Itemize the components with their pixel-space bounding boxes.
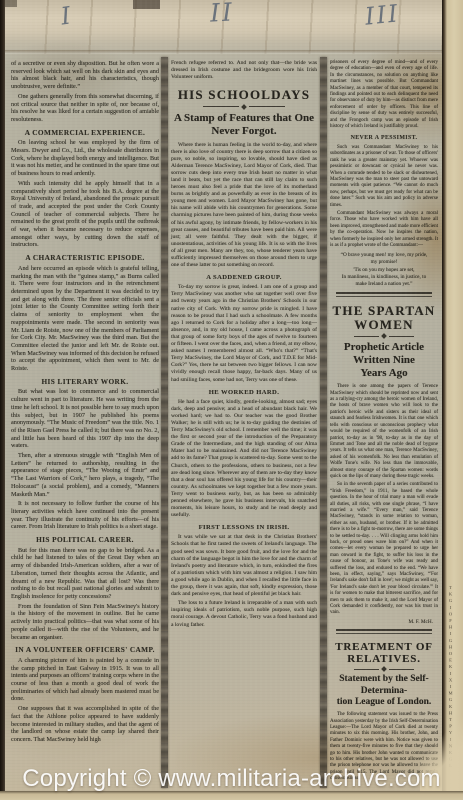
tape-gap [5,0,17,7]
article-subhead: Prophetic Article Written NineYears Ago [330,341,438,380]
photo-of-newspaper-clipping: I II III of a secretive or even shy disp… [0,0,463,800]
column-rule [161,57,168,788]
double-rule [336,292,432,297]
pencil-numeral-three: III [364,0,401,31]
news-paragraph: He had a face quiet, kindly, gentle-look… [171,399,317,520]
news-paragraph: On leaving school he was employed by the… [11,139,159,178]
news-paragraph: It was while we sat at that desk in the … [171,534,317,598]
divider-ornament [203,105,285,109]
article-headline: TREATMENT OF RELATIVES. [330,641,438,665]
news-paragraph: With such intensity did he apply himself… [11,180,159,249]
news-paragraph: To-day my sorrow is great, indeed. I am … [171,284,317,383]
section-heading: IN A VOLUNTEER OFFICERS' CAMP. [11,646,159,654]
news-paragraph: But for this man there was no gap to be … [11,547,159,601]
news-paragraph: The loss to a future Ireland is irrepara… [171,600,317,628]
section-heading: A SADDENED GROUP. [171,274,317,281]
article-headline: THE SPARTAN WOMEN [330,304,438,333]
divider-ornament [354,334,414,338]
article-headline: HIS SCHOOLDAYS [171,88,317,102]
news-paragraph: A charming picture of him is painted by … [11,657,159,703]
section-heading: NEVER A PESSIMIST. [330,135,438,141]
news-paragraph: So in the seventh paper of a series cont… [330,482,438,617]
news-paragraph: One gathers generally from this somewhat… [11,93,159,124]
section-heading: HIS POLITICAL CAREER. [11,536,159,544]
news-paragraph: Commandant MacSwiney was always a moral … [330,211,438,249]
divider-ornament [354,667,414,671]
section-heading: FIRST LESSONS IN IRISH. [171,524,317,531]
news-paragraph: Where there is human feeling in the worl… [171,142,317,270]
section-heading: A COMMERCIAL EXPERIENCE. [11,129,159,137]
news-paragraph: From the foundation of Sinn Fein MacSwin… [11,603,159,642]
news-paragraph: And here occurred an episode which is gr… [11,265,159,373]
news-paragraph: Then, after a strenuous struggle with “E… [11,452,159,498]
section-heading: HE WORKED HARD. [171,389,317,396]
column-rule [320,57,327,788]
copyright-watermark: Copyright © www.militaria-archive.com [0,765,463,793]
newspaper-clipping: I II III of a secretive or even shy disp… [5,0,442,791]
news-column-right: prisoners of every degree of mind—and of… [327,57,440,788]
section-heading: HIS LITERARY WORK. [11,378,159,386]
news-paragraph: One supposes that it was accomplished in… [11,705,159,744]
author-signature: M. F. McH. [330,619,438,625]
news-paragraph: There is one among the papers of Terence… [330,384,438,480]
news-column-middle: French refugee referred to. And not only… [168,57,320,788]
news-column-left: of a secretive or even shy disposition. … [8,57,161,788]
section-heading: A CHARACTERISTIC EPISODE. [11,254,159,262]
double-rule [336,629,432,634]
pencil-numeral-two: II [209,0,234,28]
news-paragraph: prisoners of every degree of mind—and of… [330,60,438,130]
news-paragraph: Such was Commandant MacSwiney to his sub… [330,145,438,209]
news-paragraph: French refugee referred to. And not only… [171,60,317,81]
news-paragraph: It is not necessary to follow further th… [11,500,159,531]
news-paragraph: of a secretive or even shy disposition. … [11,60,159,91]
news-paragraph: But what was lost to commerce and to com… [11,388,159,450]
tape-gap [133,0,160,9]
article-columns: of a secretive or even shy disposition. … [8,57,440,788]
article-subhead: A Stamp of Features that OneNever Forgot… [171,112,317,138]
verse-quote: “O brave young men! my love, my pride,my… [332,252,436,287]
